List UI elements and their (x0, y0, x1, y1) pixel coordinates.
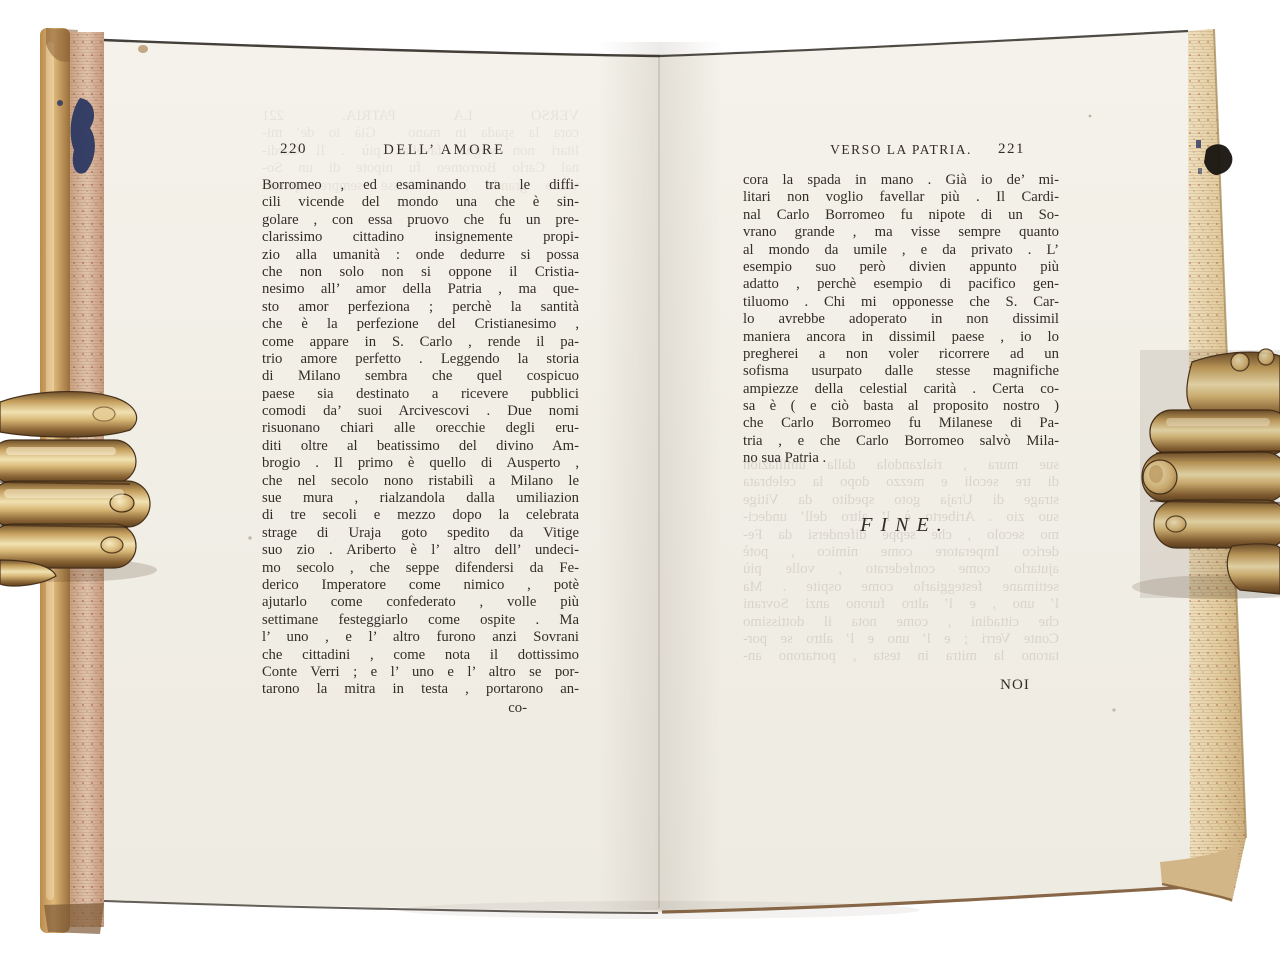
text-line: di tre secoli e mezzo dopo la celebrata (262, 507, 579, 524)
book-photograph: VERSO LA PATRIA. 221 cora la spada in ma… (0, 0, 1280, 961)
text-line: lo avrebbe adoperato in non dissimil (743, 311, 1059, 328)
bleed-line: derico Imperatore come nimico , potè (743, 544, 1059, 561)
text-line: maniera ancora in dissimil paese , io lo (743, 329, 1059, 346)
catchword-left: co- (262, 699, 579, 717)
bleed-line: che cittadini , come nota il dottissimo (743, 614, 1059, 631)
text-line: al mondo da umile , e da privato . L’ (743, 242, 1059, 259)
page-number-right: 221 (998, 141, 1025, 158)
text-line: ampiezze della celestial carità . Certa … (743, 381, 1059, 398)
text-line: esempio suo però divien appunto più (743, 259, 1059, 276)
text-line: brogio . Il primo è quello di Ausperto , (262, 455, 579, 472)
paper-blemish (138, 45, 148, 53)
text-line: che cittadini , come nota il dottissimo (262, 647, 579, 664)
left-page-body: Borromeo , ed esaminando tra le diffi- c… (262, 177, 579, 717)
bleed-line: Conte Verri ; e l’ uno e l’ altro se por… (743, 631, 1059, 648)
text-line: tarono la mitra in testa , portarono an- (262, 681, 579, 698)
text-line: derico Imperatore come nimico , potè (262, 577, 579, 594)
text-line: di Milano sembra che quel cospicuo (262, 368, 579, 385)
text-line: che è la perfezione del Cristianesimo , (262, 316, 579, 333)
catchword-right: NOI (975, 677, 1055, 694)
text-line: diti oltre al beatissimo del divino Am- (262, 438, 579, 455)
fine-end-mark: FINE. (743, 514, 1059, 537)
text-line: tria , e che Carlo Borromeo salvò Mila- (743, 433, 1059, 450)
page-number-left: 220 (280, 141, 307, 158)
text-line: sofisma usurpato dalle stesse magnifiche (743, 363, 1059, 380)
right-page: VERSO LA PATRIA. 221 cora la spada in ma… (743, 139, 1059, 537)
book-photo-backdrop (0, 0, 1280, 961)
bleed-line: settimane festeggiarlo come ospite . Ma (743, 579, 1059, 596)
text-line: come appare in S. Carlo , rende il pa- (262, 334, 579, 351)
text-line: mo secolo , che seppe difendersi da Fe- (262, 560, 579, 577)
text-line: comodi da’ suoi Arcivescovi . Due nomi (262, 403, 579, 420)
bleed-line: l’ uno , e l’ altro furono anzi Sovrani (743, 596, 1059, 613)
blue-ink-stain (71, 98, 95, 174)
text-line: cili vicende del mondo una che è sin- (262, 194, 579, 211)
right-page-header: VERSO LA PATRIA. 221 (743, 139, 1059, 163)
bleed-line: VERSO LA PATRIA. 221 (262, 108, 579, 125)
right-page-body: cora la spada in mano . Già io de’ mi- l… (743, 172, 1059, 468)
text-line: paese sia destinato a ricevere pubblici (262, 386, 579, 403)
bleed-line: ajutarlo come confederato , volle più (743, 561, 1059, 578)
text-line: pregherei a non voler ricorrere ad un (743, 346, 1059, 363)
text-line: l’ uno , e l’ altro furono anzi Sovrani (262, 629, 579, 646)
text-line: litari non voglio favellar più . Il Card… (743, 189, 1059, 206)
text-line: sue mura , rialzandola dalla umiliazion (262, 490, 579, 507)
text-line: adatto , perchè esempio di pacifico gen- (743, 276, 1059, 293)
text-line: sa è ( e ciò basta al proposito nostro ) (743, 398, 1059, 415)
text-line: nal Carlo Borromeo fu nipote di un So- (743, 207, 1059, 224)
thumbnail (93, 407, 115, 421)
text-line: nesimo all’ amor della Patria , ma que- (262, 281, 579, 298)
text-line: vrano grande , ma visse sempre quanto (743, 224, 1059, 241)
bleed-line: tarono la mitra in testa , portarono an- (743, 648, 1059, 665)
text-line: trio amore perfetto . Leggendo la storia (262, 351, 579, 368)
text-line: che Carlo Borromeo fu Milanese di Pa- (743, 415, 1059, 432)
running-header-right: VERSO LA PATRIA. (830, 142, 972, 158)
text-line: ajutarlo come confederato , volle più (262, 594, 579, 611)
text-line: Borromeo , ed esaminando tra le diffi- (262, 177, 579, 194)
text-line: strage di Uraja goto spedito da Vitige (262, 525, 579, 542)
page-gutter (598, 42, 722, 910)
text-line: no sua Patria . (743, 450, 1059, 467)
left-page: 220 DELL’ AMORE Borromeo , ed esaminando… (262, 139, 579, 717)
text-line: cora la spada in mano . Già io de’ mi- (743, 172, 1059, 189)
running-header-left: DELL’ AMORE (383, 142, 505, 159)
text-line: golare , con essa pruovo che fu un pre- (262, 212, 579, 229)
text-line: risuonano chiari alle orecchie degli eru… (262, 420, 579, 437)
text-line: Conte Verri ; e l’ uno e l’ altro se por… (262, 664, 579, 681)
text-line: clarissimo cittadino insignemente propi- (262, 229, 579, 246)
text-line: che nel secolo nono ristabilì a Milano l… (262, 473, 579, 490)
text-line: suo zio . Ariberto è l’ altro dell’ unde… (262, 542, 579, 559)
left-page-header: 220 DELL’ AMORE (262, 139, 579, 163)
text-line: che non solo non si oppone il Cristia- (262, 264, 579, 281)
text-line: zio alla umanità : onde dedurre si possa (262, 247, 579, 264)
text-line: tiluomo . Chi mi opponesse che S. Car- (743, 294, 1059, 311)
text-line: settimane festeggiarlo come ospite . Ma (262, 612, 579, 629)
text-line: sto amor perfeziona ; perchè la santità (262, 299, 579, 316)
brass-hand-left (0, 392, 157, 586)
brass-hand-right (1132, 349, 1280, 599)
